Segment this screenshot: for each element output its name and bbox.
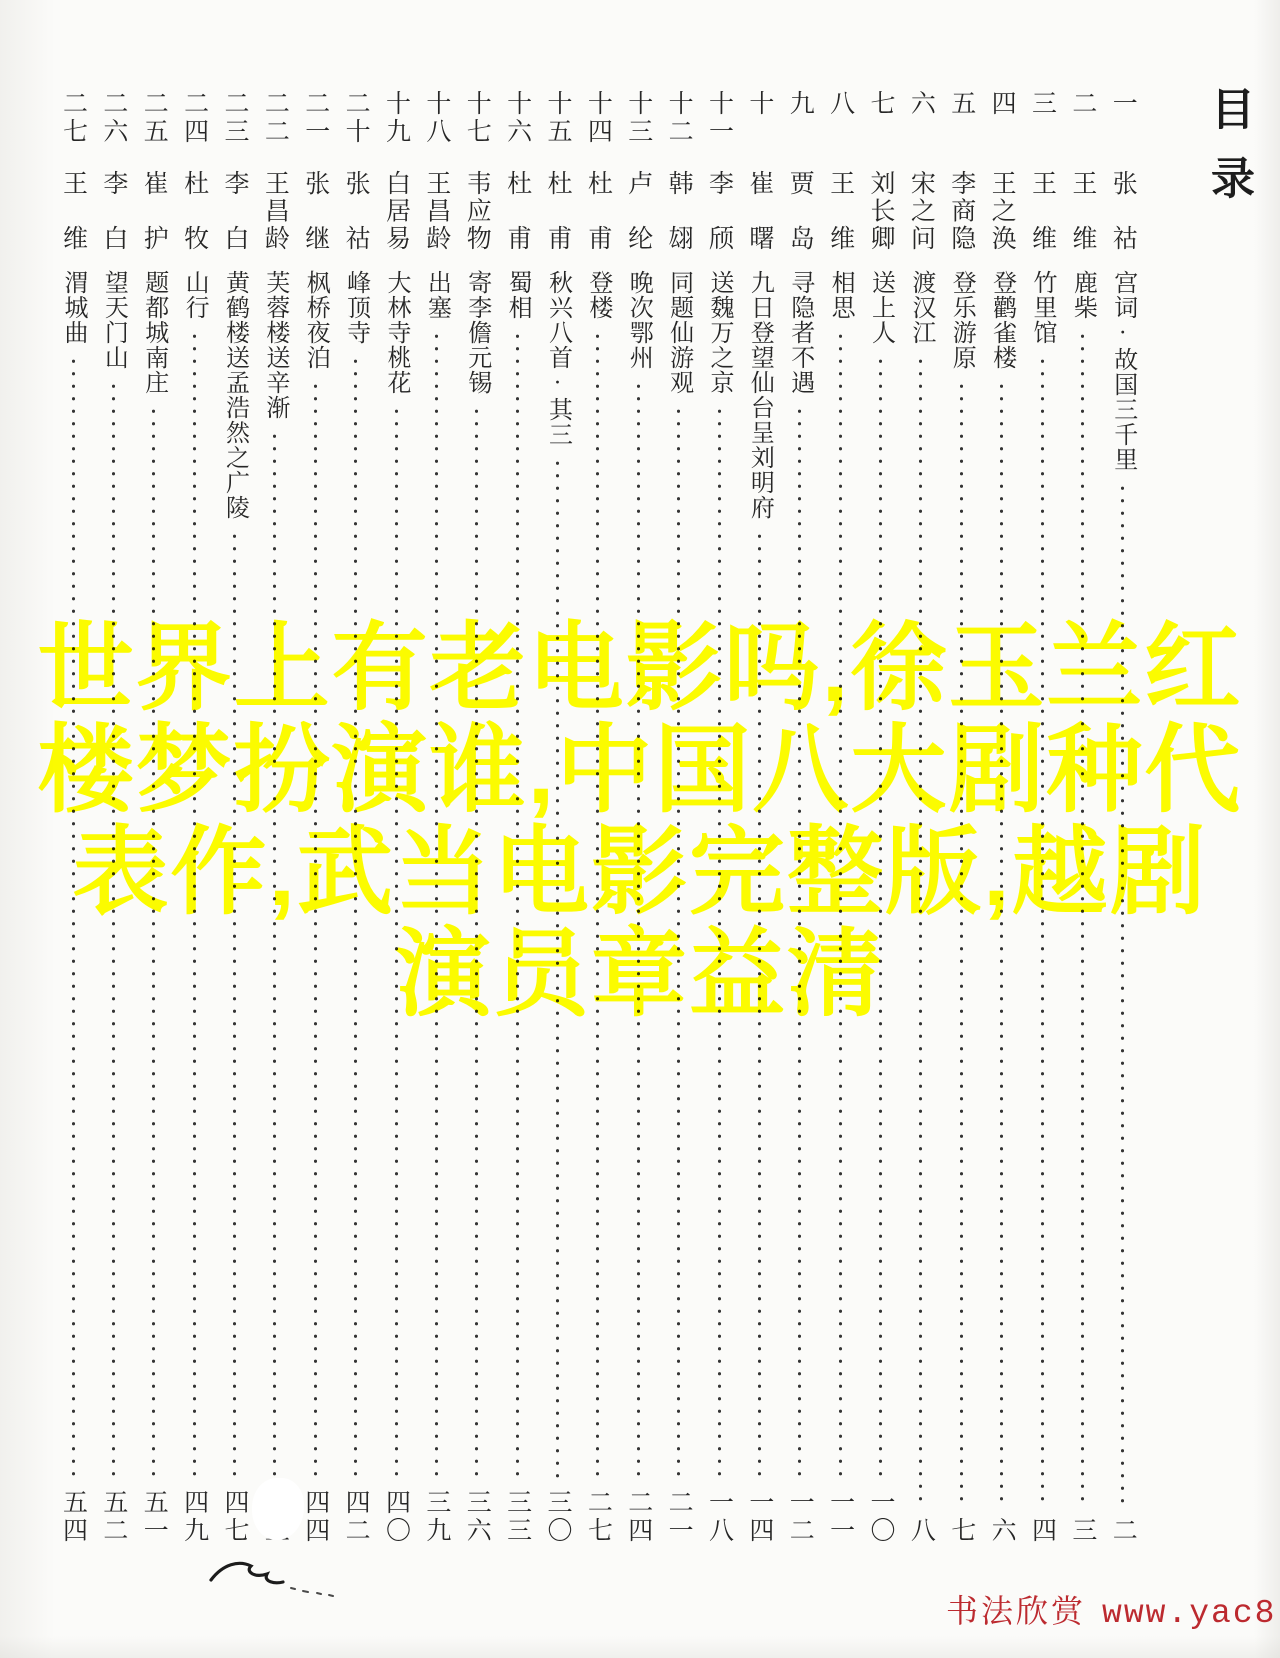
entry-number: 十	[747, 90, 772, 148]
toc-entry: 二四 杜牧 山行 四九	[179, 90, 209, 1545]
dotted-leader	[960, 380, 963, 1507]
entry-title: 相思	[828, 270, 852, 320]
entry-title: 登楼	[586, 270, 610, 320]
toc-columns: 一 张祜 宫词·故国三千里 二 二 王维 鹿柴 三 三 王维 竹里馆 四 四 王…	[58, 90, 1138, 1545]
scan-artifact-scribble	[205, 1556, 335, 1606]
entry-author: 王昌龄	[262, 170, 287, 250]
entry-number: 五	[949, 90, 974, 148]
entry-title: 枫桥夜泊	[303, 270, 327, 370]
entry-number: 四	[989, 90, 1014, 148]
toc-entry: 二二 王昌龄 芙蓉楼送辛渐 四五	[260, 90, 290, 1545]
entry-title: 出塞	[424, 270, 448, 320]
entry-page-number: 三〇	[545, 1489, 570, 1545]
entry-title: 寄李儋元锡	[465, 270, 489, 395]
entry-number: 十七	[464, 90, 489, 148]
toc-entry: 二五 崔护 题都城南庄 五一	[139, 90, 169, 1545]
entry-title: 渡汉江	[909, 270, 933, 345]
dotted-leader	[516, 330, 519, 1479]
page-title: 目录	[1206, 86, 1250, 224]
dotted-leader	[1121, 482, 1124, 1507]
entry-title: 登鹳雀楼	[990, 270, 1014, 370]
toc-entry: 三 王维 竹里馆 四	[1027, 90, 1057, 1545]
toc-entry: 二七 王维 渭城曲 五四	[58, 90, 88, 1545]
entry-title: 晚次鄂州	[626, 270, 650, 370]
entry-author: 李白	[101, 170, 126, 250]
entry-title: 题都城南庄	[142, 270, 166, 395]
toc-entry: 二一 张继 枫桥夜泊 四四	[300, 90, 330, 1545]
entry-page-number: 一二	[787, 1489, 812, 1545]
entry-author: 韩翃	[666, 170, 691, 250]
entry-number: 十三	[626, 90, 651, 148]
entry-author: 崔曙	[747, 170, 772, 250]
entry-title: 同题仙游观	[667, 270, 691, 395]
entry-author: 韦应物	[464, 170, 489, 250]
entry-number: 二十	[343, 90, 368, 148]
entry-page-number: 二四	[626, 1489, 651, 1545]
toc-entry: 二三 李白 黄鹤楼送孟浩然之广陵 四七	[220, 90, 250, 1545]
entry-author: 王维	[828, 170, 853, 250]
entry-page-number: 一四	[747, 1489, 772, 1545]
dotted-leader	[1000, 380, 1003, 1507]
dotted-leader	[395, 405, 398, 1479]
toc-entry: 十四 杜甫 登楼 二七	[583, 90, 613, 1545]
entry-title: 鹿柴	[1070, 270, 1094, 320]
toc-entry: 十七 韦应物 寄李儋元锡 三六	[462, 90, 492, 1545]
toc-entry: 五 李商隐 登乐游原 七	[946, 90, 976, 1545]
entry-title: 秋兴八首·其三	[546, 270, 570, 447]
entry-page-number: 四二	[343, 1489, 368, 1545]
toc-entry: 八 王维 相思 一一	[825, 90, 855, 1545]
entry-author: 李商隐	[949, 170, 974, 250]
dotted-leader	[435, 330, 438, 1479]
entry-page-number: 四七	[222, 1489, 247, 1545]
dotted-leader	[193, 330, 196, 1479]
site-url: www.yac8.com	[1102, 1595, 1280, 1632]
entry-number: 二三	[222, 90, 247, 148]
toc-entry: 十二 韩翃 同题仙游观 二一	[664, 90, 694, 1545]
entry-number: 十八	[424, 90, 449, 148]
entry-author: 王维	[1070, 170, 1095, 250]
dotted-leader	[273, 430, 276, 1479]
site-name: 书法欣赏	[946, 1593, 1086, 1629]
dotted-leader	[112, 380, 115, 1479]
entry-number: 二四	[182, 90, 207, 148]
entry-page-number: 五二	[101, 1489, 126, 1545]
entry-number: 二一	[303, 90, 328, 148]
entry-title: 登乐游原	[949, 270, 973, 370]
entry-title: 峰顶寺	[344, 270, 368, 345]
entry-title: 黄鹤楼送孟浩然之广陵	[223, 270, 247, 520]
entry-author: 白居易	[384, 170, 409, 250]
entry-number: 一	[1110, 90, 1135, 148]
entry-author: 张祜	[1110, 170, 1135, 250]
dotted-leader	[354, 355, 357, 1479]
entry-page-number: 四〇	[384, 1489, 409, 1545]
dotted-leader	[879, 355, 882, 1479]
entry-title: 宫词·故国三千里	[1111, 270, 1135, 472]
entry-number: 八	[828, 90, 853, 148]
toc-entry: 十五 杜甫 秋兴八首·其三 三〇	[543, 90, 573, 1545]
entry-author: 杜甫	[585, 170, 610, 250]
entry-author: 李颀	[707, 170, 732, 250]
toc-entry: 二 王维 鹿柴 三	[1067, 90, 1097, 1545]
entry-number: 九	[787, 90, 812, 148]
entry-number: 十一	[707, 90, 732, 148]
dotted-leader	[1041, 355, 1044, 1507]
toc-entry: 四 王之涣 登鹳雀楼 六	[987, 90, 1017, 1545]
dotted-leader	[556, 457, 559, 1479]
entry-page-number: 四四	[303, 1489, 328, 1545]
entry-author: 贾岛	[787, 170, 812, 250]
toc-entry: 十九 白居易 大林寺桃花 四〇	[381, 90, 411, 1545]
entry-author: 李白	[222, 170, 247, 250]
entry-author: 王维	[1030, 170, 1055, 250]
dotted-leader	[596, 330, 599, 1479]
entry-number: 十九	[384, 90, 409, 148]
entry-number: 二二	[262, 90, 287, 148]
entry-page-number: 四	[1030, 1517, 1055, 1545]
entry-title: 蜀相	[505, 270, 529, 320]
entry-page-number: 一〇	[868, 1489, 893, 1545]
toc-entry: 十八 王昌龄 出塞 三九	[421, 90, 451, 1545]
dotted-leader	[152, 405, 155, 1479]
entry-author: 崔护	[141, 170, 166, 250]
entry-title: 渭城曲	[61, 270, 85, 345]
entry-page-number: 五一	[141, 1489, 166, 1545]
entry-author: 卢纶	[626, 170, 651, 250]
entry-author: 张祜	[343, 170, 368, 250]
dotted-leader	[718, 405, 721, 1479]
entry-number: 十二	[666, 90, 691, 148]
entry-title: 九日登望仙台呈刘明府	[747, 270, 771, 520]
entry-number: 十五	[545, 90, 570, 148]
entry-author: 王维	[61, 170, 86, 250]
entry-number: 七	[868, 90, 893, 148]
dotted-leader	[1081, 330, 1084, 1507]
entry-title: 送魏万之京	[707, 270, 731, 395]
site-watermark: 书法欣赏 www.yac8.com	[946, 1586, 1280, 1632]
entry-page-number: 一一	[828, 1489, 853, 1545]
entry-page-number: 三六	[464, 1489, 489, 1545]
toc-entry: 一 张祜 宫词·故国三千里 二	[1108, 90, 1138, 1545]
toc-entry: 十三 卢纶 晚次鄂州 二四	[623, 90, 653, 1545]
entry-title: 山行	[182, 270, 206, 320]
toc-entry: 七 刘长卿 送上人 一〇	[866, 90, 896, 1545]
entry-page-number: 六	[989, 1517, 1014, 1545]
dotted-leader	[758, 530, 761, 1479]
entry-number: 二七	[61, 90, 86, 148]
entry-author: 杜甫	[505, 170, 530, 250]
entry-number: 三	[1030, 90, 1055, 148]
entry-author: 张继	[303, 170, 328, 250]
entry-page-number: 八	[908, 1517, 933, 1545]
dotted-leader	[72, 355, 75, 1479]
entry-author: 杜牧	[182, 170, 207, 250]
toc-entry: 二十 张祜 峰顶寺 四二	[341, 90, 371, 1545]
dotted-leader	[677, 405, 680, 1479]
entry-page-number: 二一	[666, 1489, 691, 1545]
toc-entry: 十一 李颀 送魏万之京 一八	[704, 90, 734, 1545]
toc-entry: 十六 杜甫 蜀相 三三	[502, 90, 532, 1545]
entry-author: 宋之问	[908, 170, 933, 250]
entry-page-number: 七	[949, 1517, 974, 1545]
entry-title: 寻隐者不遇	[788, 270, 812, 395]
entry-title: 竹里馆	[1030, 270, 1054, 345]
entry-page-number: 三九	[424, 1489, 449, 1545]
dotted-leader	[798, 405, 801, 1479]
entry-page-number: 二	[1110, 1517, 1135, 1545]
entry-author: 王之涣	[989, 170, 1014, 250]
entry-title: 望天门山	[101, 270, 125, 370]
entry-page-number: 二七	[585, 1489, 610, 1545]
toc-entry: 十 崔曙 九日登望仙台呈刘明府 一四	[744, 90, 774, 1545]
dotted-leader	[475, 405, 478, 1479]
entry-page-number: 一八	[707, 1489, 732, 1545]
entry-title: 芙蓉楼送辛渐	[263, 270, 287, 420]
entry-title: 大林寺桃花	[384, 270, 408, 395]
toc-entry: 九 贾岛 寻隐者不遇 一二	[785, 90, 815, 1545]
dotted-leader	[839, 330, 842, 1479]
dotted-leader	[919, 355, 922, 1507]
entry-page-number: 三三	[505, 1489, 530, 1545]
toc-entry: 六 宋之问 渡汉江 八	[906, 90, 936, 1545]
entry-title: 送上人	[869, 270, 893, 345]
entry-number: 二五	[141, 90, 166, 148]
entry-number: 六	[908, 90, 933, 148]
dotted-leader	[314, 380, 317, 1479]
dotted-leader	[233, 530, 236, 1479]
entry-author: 刘长卿	[868, 170, 893, 250]
dotted-leader	[637, 380, 640, 1479]
entry-page-number: 四九	[182, 1489, 207, 1545]
entry-page-number: 五四	[61, 1489, 86, 1545]
toc-entry: 二六 李白 望天门山 五二	[98, 90, 128, 1545]
entry-number: 十六	[505, 90, 530, 148]
entry-number: 二六	[101, 90, 126, 148]
entry-author: 王昌龄	[424, 170, 449, 250]
entry-page-number: 三	[1070, 1517, 1095, 1545]
entry-number: 二	[1070, 90, 1095, 148]
entry-author: 杜甫	[545, 170, 570, 250]
entry-number: 十四	[585, 90, 610, 148]
